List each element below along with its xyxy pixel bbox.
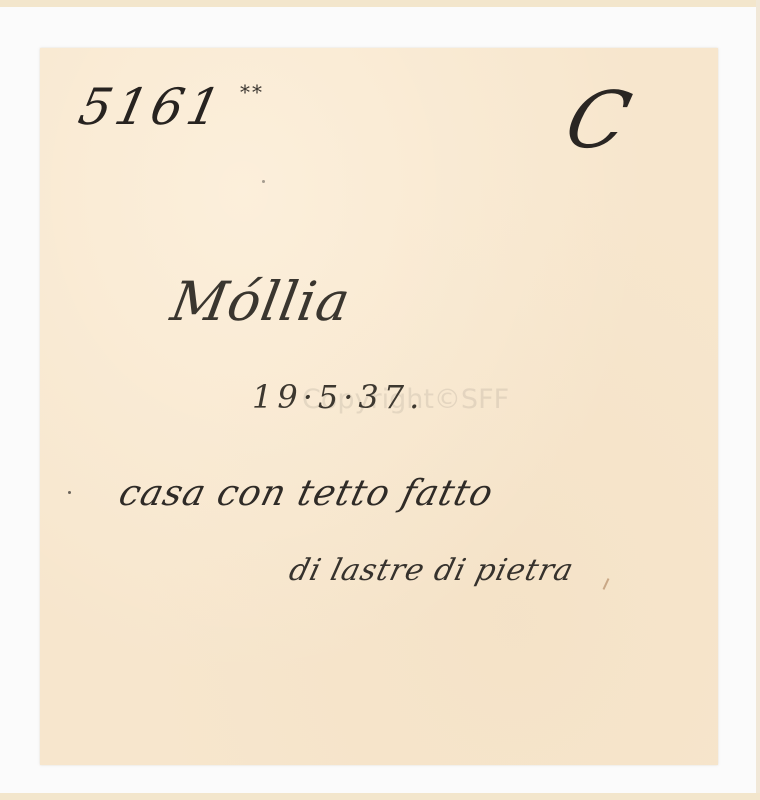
right-edge-strip [756, 0, 760, 800]
top-edge-strip [0, 0, 760, 7]
stray-dot-mark [68, 491, 71, 494]
description-line-2: di lastre di pietra [286, 553, 578, 588]
date: 19·5·37. [252, 378, 424, 416]
bottom-edge-strip [0, 793, 760, 800]
stray-ink-mark [603, 578, 610, 590]
category-letter: C [557, 76, 639, 166]
description-line-1: casa con tetto fatto [115, 473, 498, 514]
stray-dot-mark [262, 180, 265, 183]
catalog-number: 5161 [74, 78, 230, 136]
place-name: Móllia [166, 270, 355, 333]
index-card: 5161 ** C Móllia Copyright©SFF 19·5·37. … [40, 48, 718, 765]
catalog-marks: ** [240, 80, 264, 104]
